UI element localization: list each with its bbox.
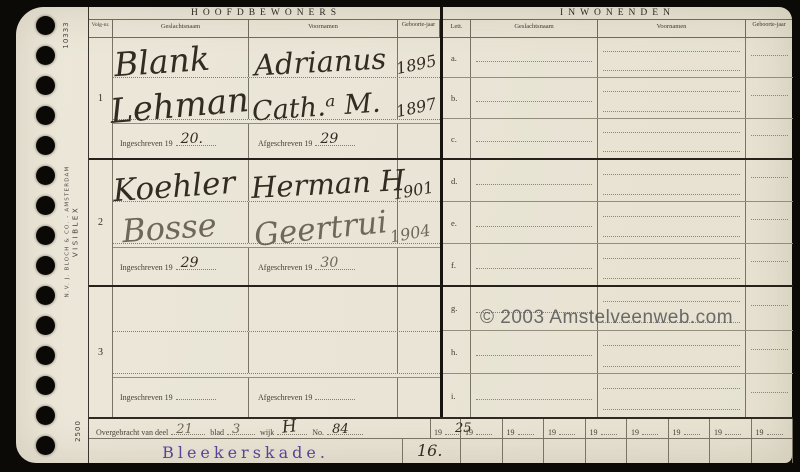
year-cell: 19 (752, 419, 794, 438)
copyright-watermark: © 2003 Amstelveenweb.com (480, 307, 733, 329)
ingeschreven-label: Ingeschreven 19 (120, 139, 173, 148)
punch-hole (36, 286, 55, 305)
voornamen-cell (598, 202, 746, 243)
voornamen-cell (598, 331, 746, 374)
blad-label: blad (210, 428, 224, 437)
geboortejaar-cell (746, 331, 793, 374)
bottom-blank-cells (461, 439, 793, 463)
inwonenden-block-1: a.b.c. (443, 38, 793, 160)
register-card: 10333 N.V. J. BLOCH & CO. - AMSTERDAM VI… (16, 7, 792, 463)
header-geslachtsnaam-left: Geslachtsnaam (113, 20, 249, 37)
house-number-handwritten: 16. (403, 439, 461, 463)
header-lett: Lett. (443, 20, 471, 37)
maker-imprint: N.V. J. BLOCH & CO. - AMSTERDAM VISIBLEX (65, 148, 80, 316)
ingeschreven-value-handwritten: 29 (181, 256, 199, 270)
punch-hole (36, 226, 55, 245)
punch-hole (36, 376, 55, 395)
blank-cell (503, 439, 545, 463)
deel-value-handwritten: 21 (176, 423, 193, 436)
voornamen-cell (598, 78, 746, 117)
year-cell: 19 (544, 419, 586, 438)
registration-strip: Ingeschreven 19 Afgeschreven 19 (113, 377, 440, 417)
geboortejaar-cell (746, 78, 793, 117)
ingeschreven-value-handwritten: 20. (181, 132, 203, 146)
afgeschreven-label: Afgeschreven 19 (258, 263, 312, 272)
letter-label: e. (443, 202, 471, 243)
letter-label: d. (443, 160, 471, 201)
blank-cell (544, 439, 586, 463)
geslachtsnaam-cell (471, 331, 598, 374)
maker-brand: VISIBLEX (72, 148, 80, 316)
blank-cell (669, 439, 711, 463)
year-cell: 19 (669, 419, 711, 438)
ingeschreven-label: Ingeschreven 19 (120, 393, 173, 402)
punch-hole (36, 166, 55, 185)
geslachtsnaam-handwritten: Bosse (121, 209, 218, 248)
edge-code-top: 10333 (62, 13, 70, 57)
inwonenden-row: i. (443, 374, 793, 417)
blank-cell (461, 439, 503, 463)
letter-label: h. (443, 331, 471, 374)
geboortejaar-cell (746, 244, 793, 285)
maker-company: N.V. J. BLOCH & CO. - AMSTERDAM (65, 148, 71, 316)
edge-code-bottom: 2500 (74, 409, 82, 453)
wijk-label: wijk (260, 428, 274, 437)
letter-label: a. (443, 38, 471, 77)
volgnr-2: 2 (89, 160, 113, 285)
letter-label: b. (443, 78, 471, 117)
header-voornamen-left: Voornamen (249, 20, 398, 37)
street-name-stamp: Bleekerskade. (89, 439, 403, 463)
geboortejaar-cell (746, 119, 793, 158)
punch-hole (36, 16, 55, 35)
resident-block-3: 3 Ingeschreven 19 Afgeschreven 19 (89, 287, 440, 417)
header-geslachtsnaam-right: Geslachtsnaam (471, 20, 598, 37)
table-center-divider (440, 7, 443, 417)
punch-hole (36, 106, 55, 125)
geslachtsnaam-cell (471, 78, 598, 117)
blank-cell (752, 439, 794, 463)
inwonenden-row: e. (443, 202, 793, 244)
punch-hole (36, 316, 55, 335)
punch-hole (36, 76, 55, 95)
punch-hole (36, 136, 55, 155)
geslachtsnaam-handwritten: Blank (113, 42, 211, 82)
inwonenden-row: a. (443, 38, 793, 78)
name-row (113, 332, 440, 374)
no-value-handwritten: 84 (332, 423, 349, 436)
geslachtsnaam-cell (471, 202, 598, 243)
header-volgnr: Volg-nr. (89, 20, 113, 37)
letter-label: f. (443, 244, 471, 285)
name-row (113, 287, 440, 332)
voornamen-cell (598, 244, 746, 285)
punch-hole (36, 256, 55, 275)
voornamen-cell (598, 374, 746, 417)
voornamen-handwritten: Adrianus (253, 45, 387, 81)
inwonenden-row: c. (443, 119, 793, 158)
year-cell: 1925 (431, 419, 461, 438)
punch-hole (36, 436, 55, 455)
punch-hole (36, 346, 55, 365)
geslachtsnaam-cell (471, 244, 598, 285)
geslachtsnaam-cell (471, 374, 598, 417)
geboortejaar-cell (746, 287, 793, 330)
voornamen-cell (598, 38, 746, 77)
geboortejaar-cell (746, 38, 793, 77)
punch-hole (36, 406, 55, 425)
blank-cell (627, 439, 669, 463)
afgeschreven-label: Afgeschreven 19 (258, 393, 312, 402)
geslachtsnaam-cell (471, 38, 598, 77)
registration-strip: Ingeschreven 1920. Afgeschreven 1929 (113, 123, 440, 158)
transfer-label: Overgebracht van deel (96, 428, 168, 437)
title-inwonenden: INWONENDEN (443, 7, 792, 19)
inwonenden-row: f. (443, 244, 793, 285)
year-cell: 19 (710, 419, 752, 438)
wijk-value-handwritten: H (281, 418, 298, 436)
voornamen-handwritten: Herman H (250, 166, 406, 203)
header-voornamen-right: Voornamen (598, 20, 746, 37)
inwonenden-row: b. (443, 78, 793, 118)
registration-strip: Ingeschreven 1929 Afgeschreven 1930 (113, 247, 440, 285)
voornamen-cell (598, 160, 746, 201)
transfer-line: Overgebracht van deel21 blad3 wijkH No.8… (89, 419, 431, 438)
inwonenden-body: a.b.c. d.e.f. g.h.i. (443, 38, 793, 417)
title-hoofdbewoners: HOOFDBEWONERS (89, 7, 443, 19)
inwonenden-block-2: d.e.f. (443, 160, 793, 287)
afgeschreven-value-handwritten: 30 (320, 256, 338, 270)
transfer-row: Overgebracht van deel21 blad3 wijkH No.8… (89, 417, 793, 438)
blank-cell (710, 439, 752, 463)
header-geboortejaar-left: Geboorte-jaar (398, 20, 440, 37)
no-label: No. (312, 428, 324, 437)
year-cell: 19 (503, 419, 545, 438)
blank-cell (586, 439, 628, 463)
letter-label: g. (443, 287, 471, 330)
inwonenden-row: d. (443, 160, 793, 202)
inwonenden-row: h. (443, 331, 793, 375)
blad-value-handwritten: 3 (232, 423, 240, 436)
geboortejaar-cell (746, 374, 793, 417)
year-value-handwritten: 25 (455, 422, 472, 435)
afgeschreven-label: Afgeschreven 19 (258, 139, 312, 148)
letter-label: c. (443, 119, 471, 158)
year-cells: 19251919191919191919 (431, 419, 793, 438)
header-geboortejaar-right: Geboorte-jaar (746, 20, 792, 37)
year-cell: 19 (627, 419, 669, 438)
voornamen-cell (598, 119, 746, 158)
geslachtsnaam-handwritten: Koehler (112, 168, 236, 207)
year-cell: 19 (586, 419, 628, 438)
geboortejaar-cell (746, 202, 793, 243)
letter-label: i. (443, 374, 471, 417)
afgeschreven-value-handwritten: 29 (320, 132, 338, 146)
geslachtsnaam-cell (471, 160, 598, 201)
ingeschreven-label: Ingeschreven 19 (120, 263, 173, 272)
geboortejaar-cell (746, 160, 793, 201)
punch-hole (36, 46, 55, 65)
street-row: Bleekerskade. 16. (89, 438, 793, 463)
volgnr-3: 3 (89, 287, 113, 417)
punch-hole (36, 196, 55, 215)
geslachtsnaam-cell (471, 119, 598, 158)
